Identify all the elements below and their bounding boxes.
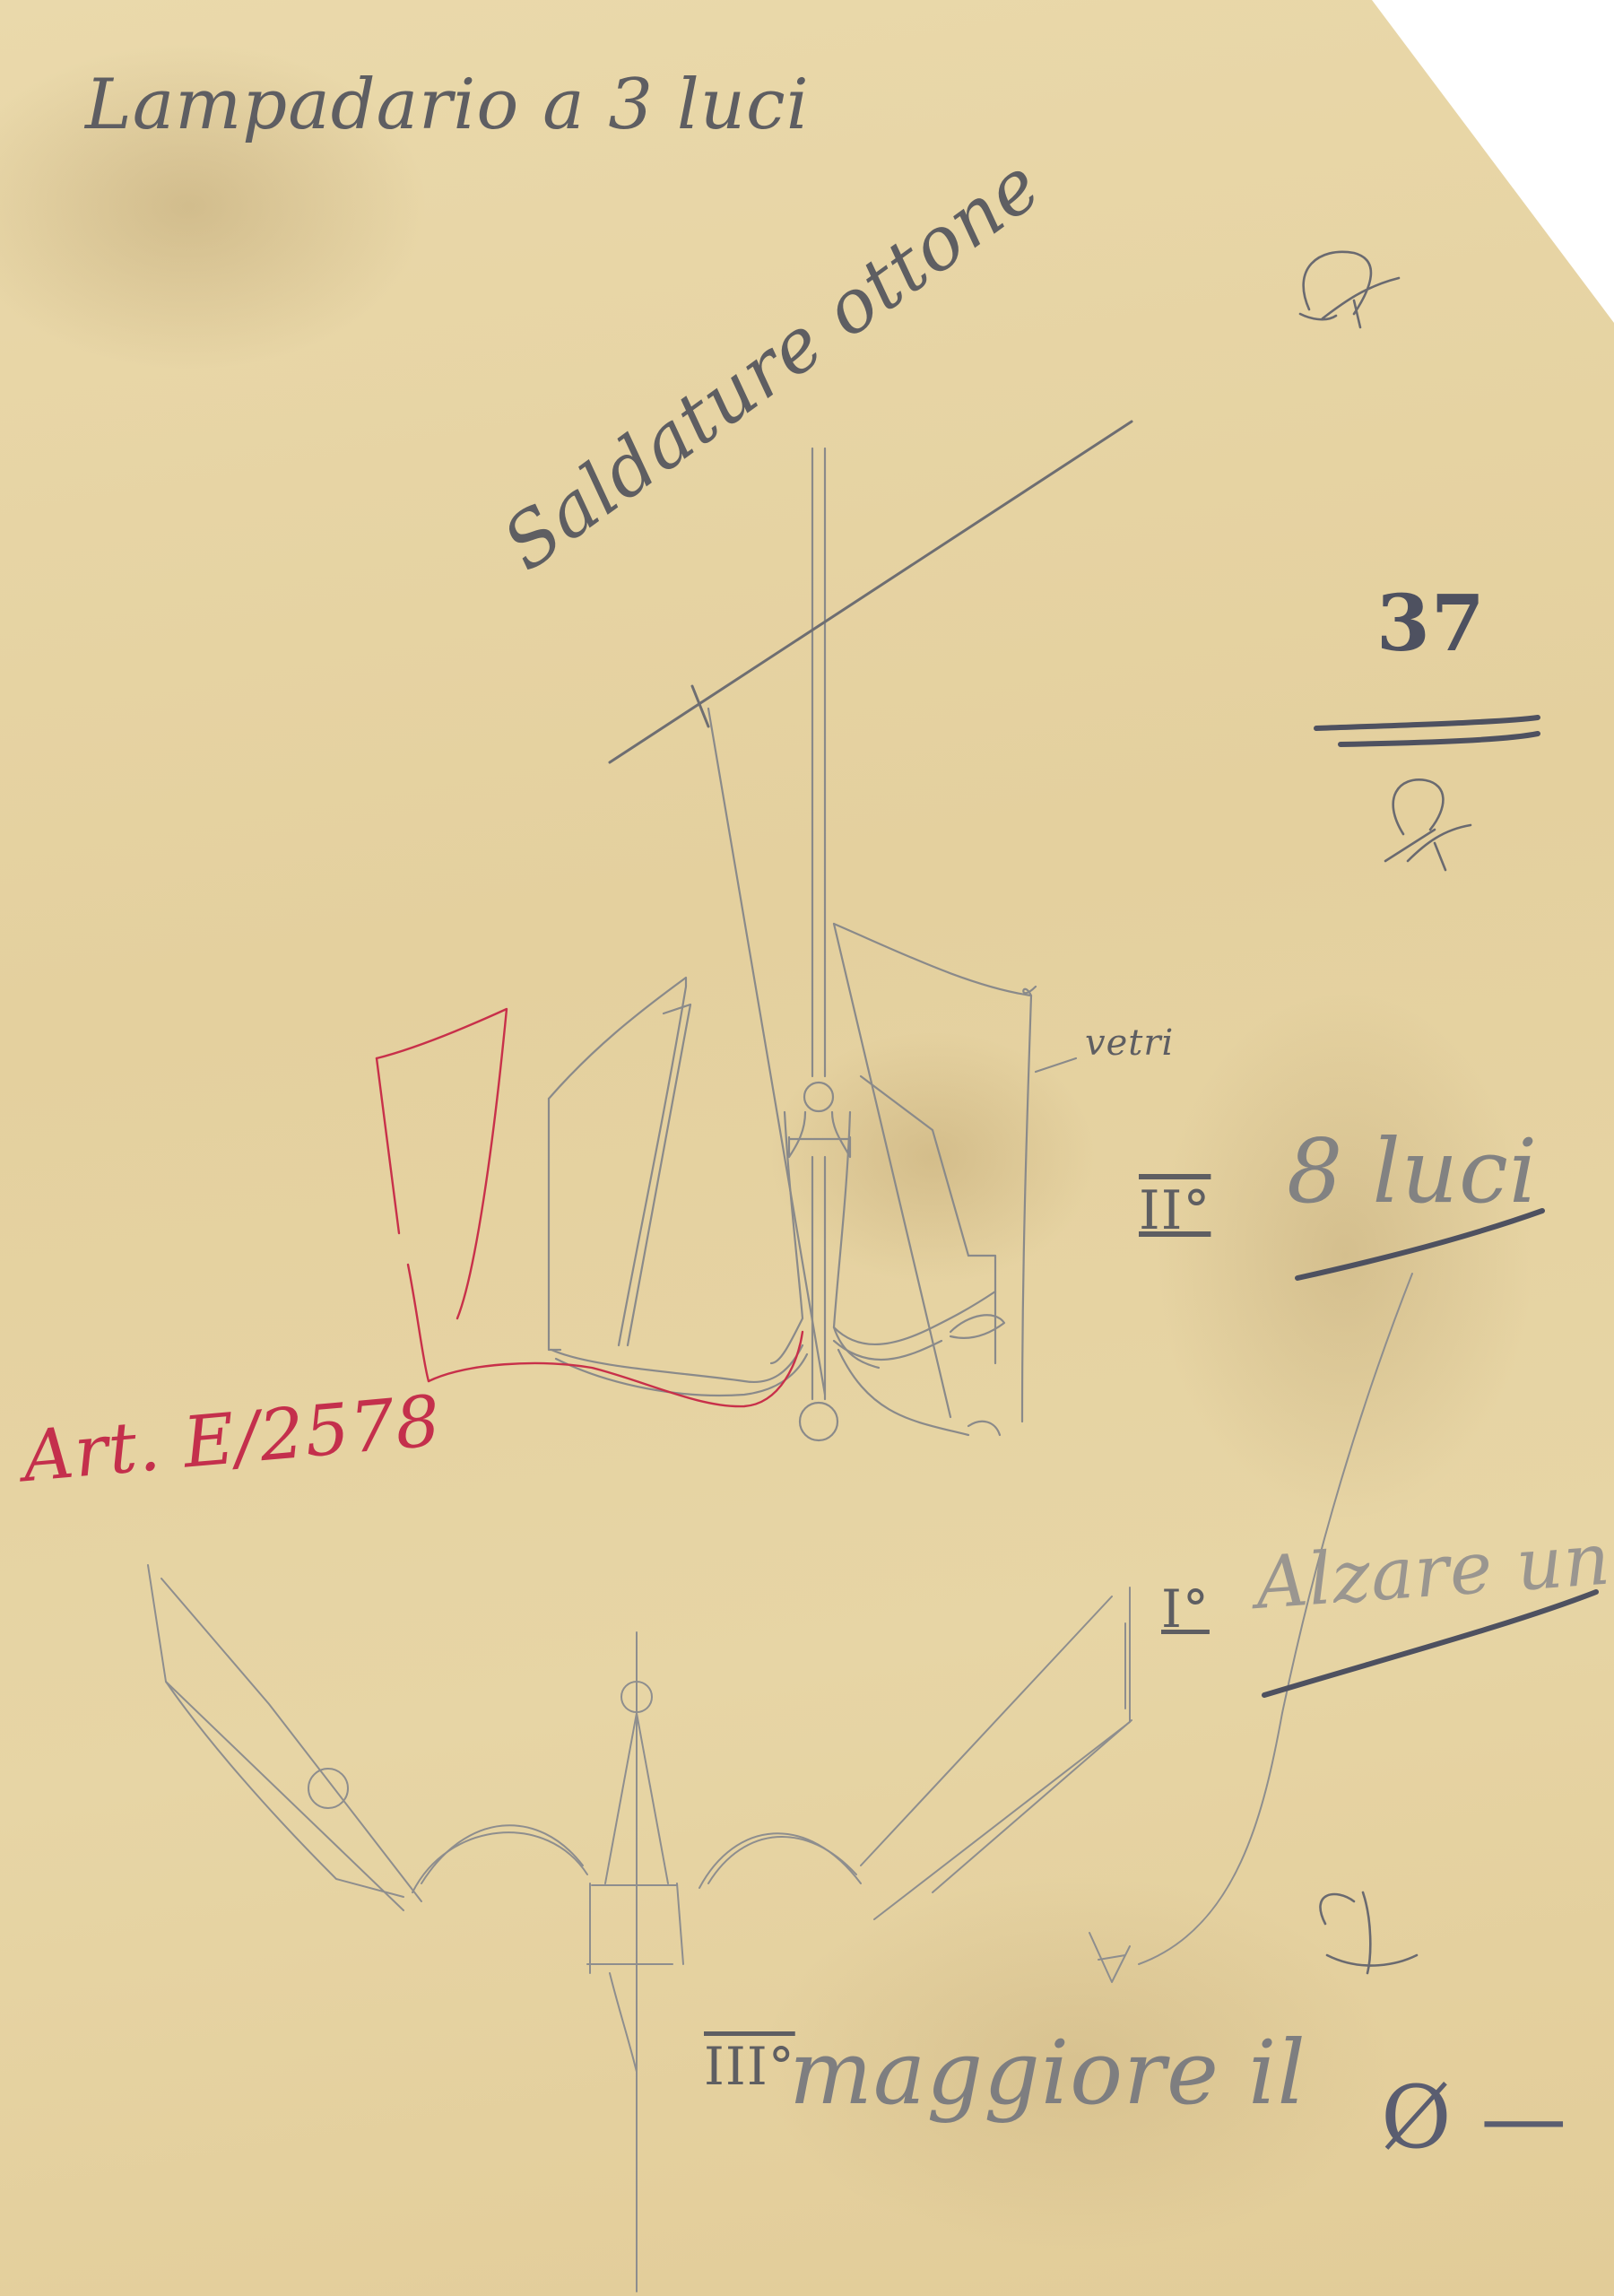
note-3-numeral: III° [704,2036,795,2097]
sketch-title: Lampadario a 3 luci [85,65,810,145]
note-3-text: maggiore il [789,2022,1306,2125]
glass-label: vetri [1085,1022,1174,1064]
leader-arrow-mark [1089,1933,1130,1982]
diameter-symbol: Ø — [1381,2067,1567,2168]
sheet-number: 37 [1376,578,1486,669]
note-2-numeral: II° [1139,1179,1210,1242]
lower-chandelier-sketch [148,1565,1132,2292]
scanned-sheet: Lampadario a 3 luci Saldature ottone 37 … [0,0,1614,2296]
note-2-text: 8 luci [1287,1121,1538,1223]
note-1-numeral: I° [1161,1578,1210,1639]
monogram-icons [1300,252,1471,1973]
red-correction-sketch [377,1009,803,1406]
upper-chandelier-sketch [549,448,1076,1440]
